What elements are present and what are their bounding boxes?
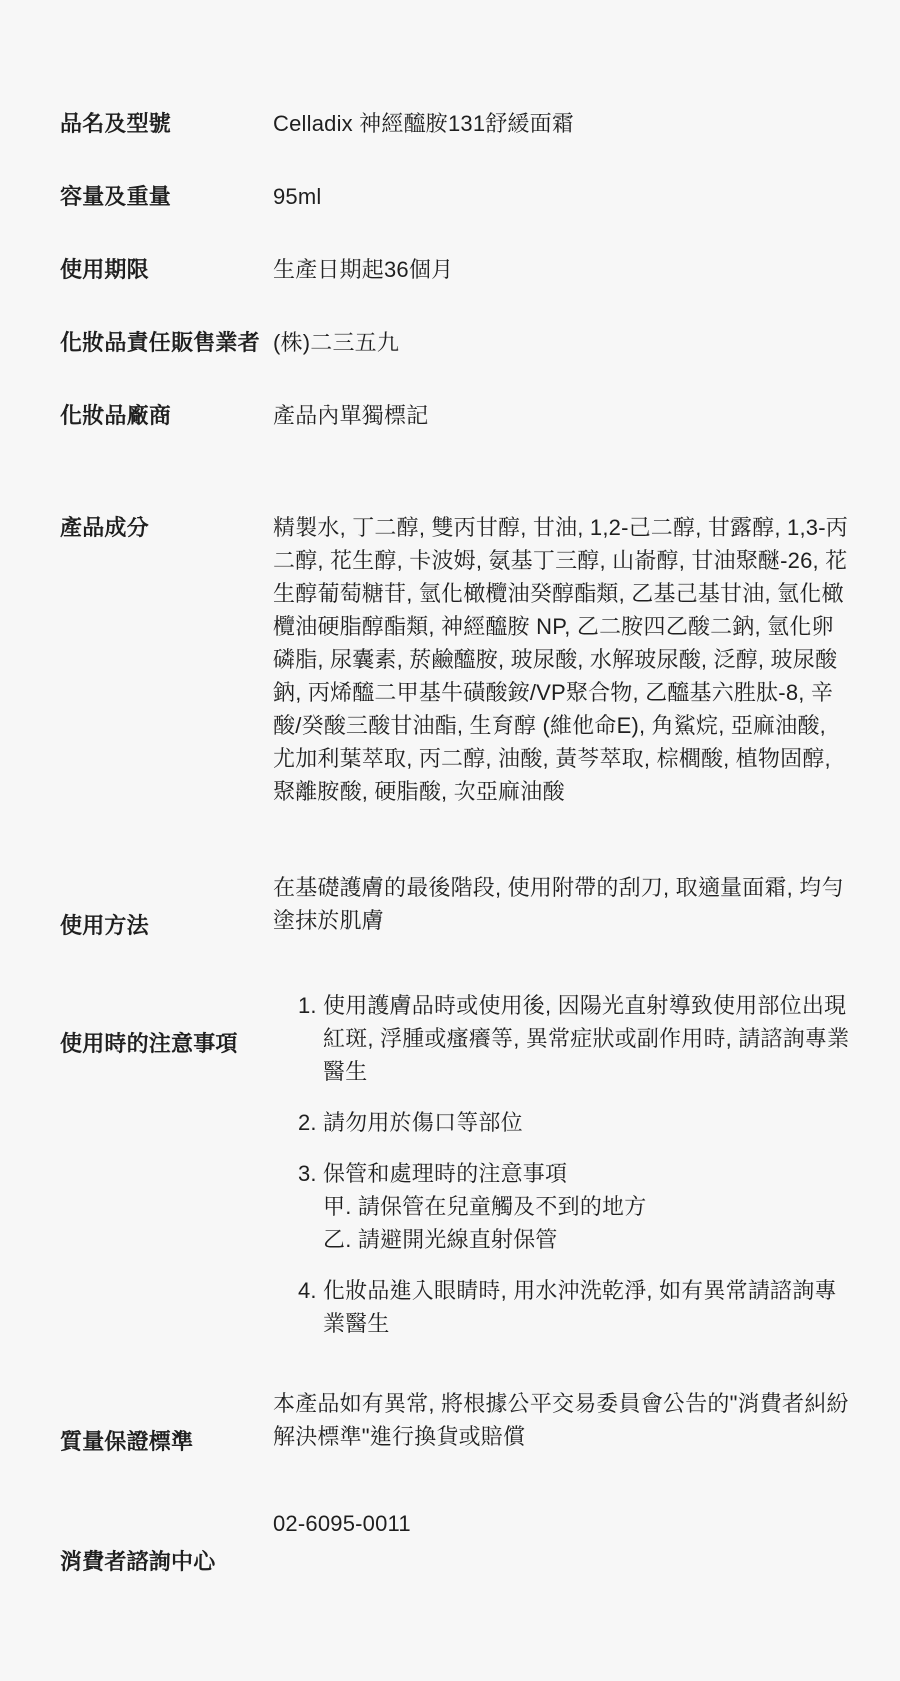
precautions-list: 1.使用護膚品時或使用後, 因陽光直射導致使用部位出現紅斑, 浮腫或瘙癢等, 異… xyxy=(273,989,850,1340)
precaution-number: 2. xyxy=(298,1106,323,1139)
precaution-subitem: 甲. 請保管在兒童觸及不到的地方 xyxy=(323,1190,850,1223)
row-volume: 容量及重量 95ml xyxy=(60,180,850,213)
precaution-number: 1. xyxy=(298,989,323,1022)
precaution-item: 3.保管和處理時的注意事項甲. 請保管在兒童觸及不到的地方乙. 請避開光線直射保… xyxy=(273,1157,850,1256)
row-manufacturer: 化妝品廠商 產品內單獨標記 xyxy=(60,399,850,432)
row-usage: 使用方法 在基礎護膚的最後階段, 使用附帶的刮刀, 取適量面霜, 均勻塗抹於肌膚 xyxy=(60,871,850,942)
product-spec-page: 品名及型號 Celladix 神經醯胺131舒緩面霜 容量及重量 95ml 使用… xyxy=(0,0,900,1681)
row-expiry: 使用期限 生產日期起36個月 xyxy=(60,253,850,286)
precaution-item: 4.化妝品進入眼睛時, 用水沖洗乾淨, 如有異常請諮詢專業醫生 xyxy=(273,1274,850,1340)
precaution-text: 化妝品進入眼睛時, 用水沖洗乾淨, 如有異常請諮詢專業醫生 xyxy=(323,1274,850,1340)
precaution-subitem: 乙. 請避開光線直射保管 xyxy=(323,1223,850,1256)
row-value: 生產日期起36個月 xyxy=(273,253,850,286)
row-label: 容量及重量 xyxy=(60,180,273,213)
row-value: 02-6095-0011 xyxy=(273,1507,850,1540)
row-label: 質量保證標準 xyxy=(60,1387,273,1458)
row-value: 在基礎護膚的最後階段, 使用附帶的刮刀, 取適量面霜, 均勻塗抹於肌膚 xyxy=(273,871,850,937)
precaution-text: 請勿用於傷口等部位 xyxy=(323,1106,850,1139)
row-value: 精製水, 丁二醇, 雙丙甘醇, 甘油, 1,2-己二醇, 甘露醇, 1,3-丙二… xyxy=(273,511,850,808)
row-label: 使用時的注意事項 xyxy=(60,989,273,1060)
row-label: 消費者諮詢中心 xyxy=(60,1507,273,1578)
row-consumer-center: 消費者諮詢中心 02-6095-0011 xyxy=(60,1507,850,1578)
precaution-number: 3. xyxy=(298,1157,323,1190)
row-label: 產品成分 xyxy=(60,511,273,544)
precaution-item: 2.請勿用於傷口等部位 xyxy=(273,1106,850,1139)
row-value: 95ml xyxy=(273,180,850,213)
row-value: (株)二三五九 xyxy=(273,326,850,359)
row-responsible-seller: 化妝品責任販售業者 (株)二三五九 xyxy=(60,326,850,359)
row-label: 使用期限 xyxy=(60,253,273,286)
row-ingredients: 產品成分 精製水, 丁二醇, 雙丙甘醇, 甘油, 1,2-己二醇, 甘露醇, 1… xyxy=(60,511,850,808)
precaution-text: 保管和處理時的注意事項甲. 請保管在兒童觸及不到的地方乙. 請避開光線直射保管 xyxy=(323,1157,850,1256)
precaution-number: 4. xyxy=(298,1274,323,1307)
row-label: 品名及型號 xyxy=(60,107,273,140)
row-label: 化妝品廠商 xyxy=(60,399,273,432)
precaution-item: 1.使用護膚品時或使用後, 因陽光直射導致使用部位出現紅斑, 浮腫或瘙癢等, 異… xyxy=(273,989,850,1088)
row-product-name: 品名及型號 Celladix 神經醯胺131舒緩面霜 xyxy=(60,107,850,140)
row-value: 產品內單獨標記 xyxy=(273,399,850,432)
precaution-text: 使用護膚品時或使用後, 因陽光直射導致使用部位出現紅斑, 浮腫或瘙癢等, 異常症… xyxy=(323,989,850,1088)
row-value: Celladix 神經醯胺131舒緩面霜 xyxy=(273,107,850,140)
row-value: 1.使用護膚品時或使用後, 因陽光直射導致使用部位出現紅斑, 浮腫或瘙癢等, 異… xyxy=(273,989,850,1340)
row-label: 化妝品責任販售業者 xyxy=(60,326,273,359)
row-quality-standard: 質量保證標準 本產品如有異常, 將根據公平交易委員會公告的"消費者糾紛解決標準"… xyxy=(60,1387,850,1458)
row-value: 本產品如有異常, 將根據公平交易委員會公告的"消費者糾紛解決標準"進行換貨或賠償 xyxy=(273,1387,850,1453)
row-precautions: 使用時的注意事項 1.使用護膚品時或使用後, 因陽光直射導致使用部位出現紅斑, … xyxy=(60,989,850,1340)
row-label: 使用方法 xyxy=(60,871,273,942)
